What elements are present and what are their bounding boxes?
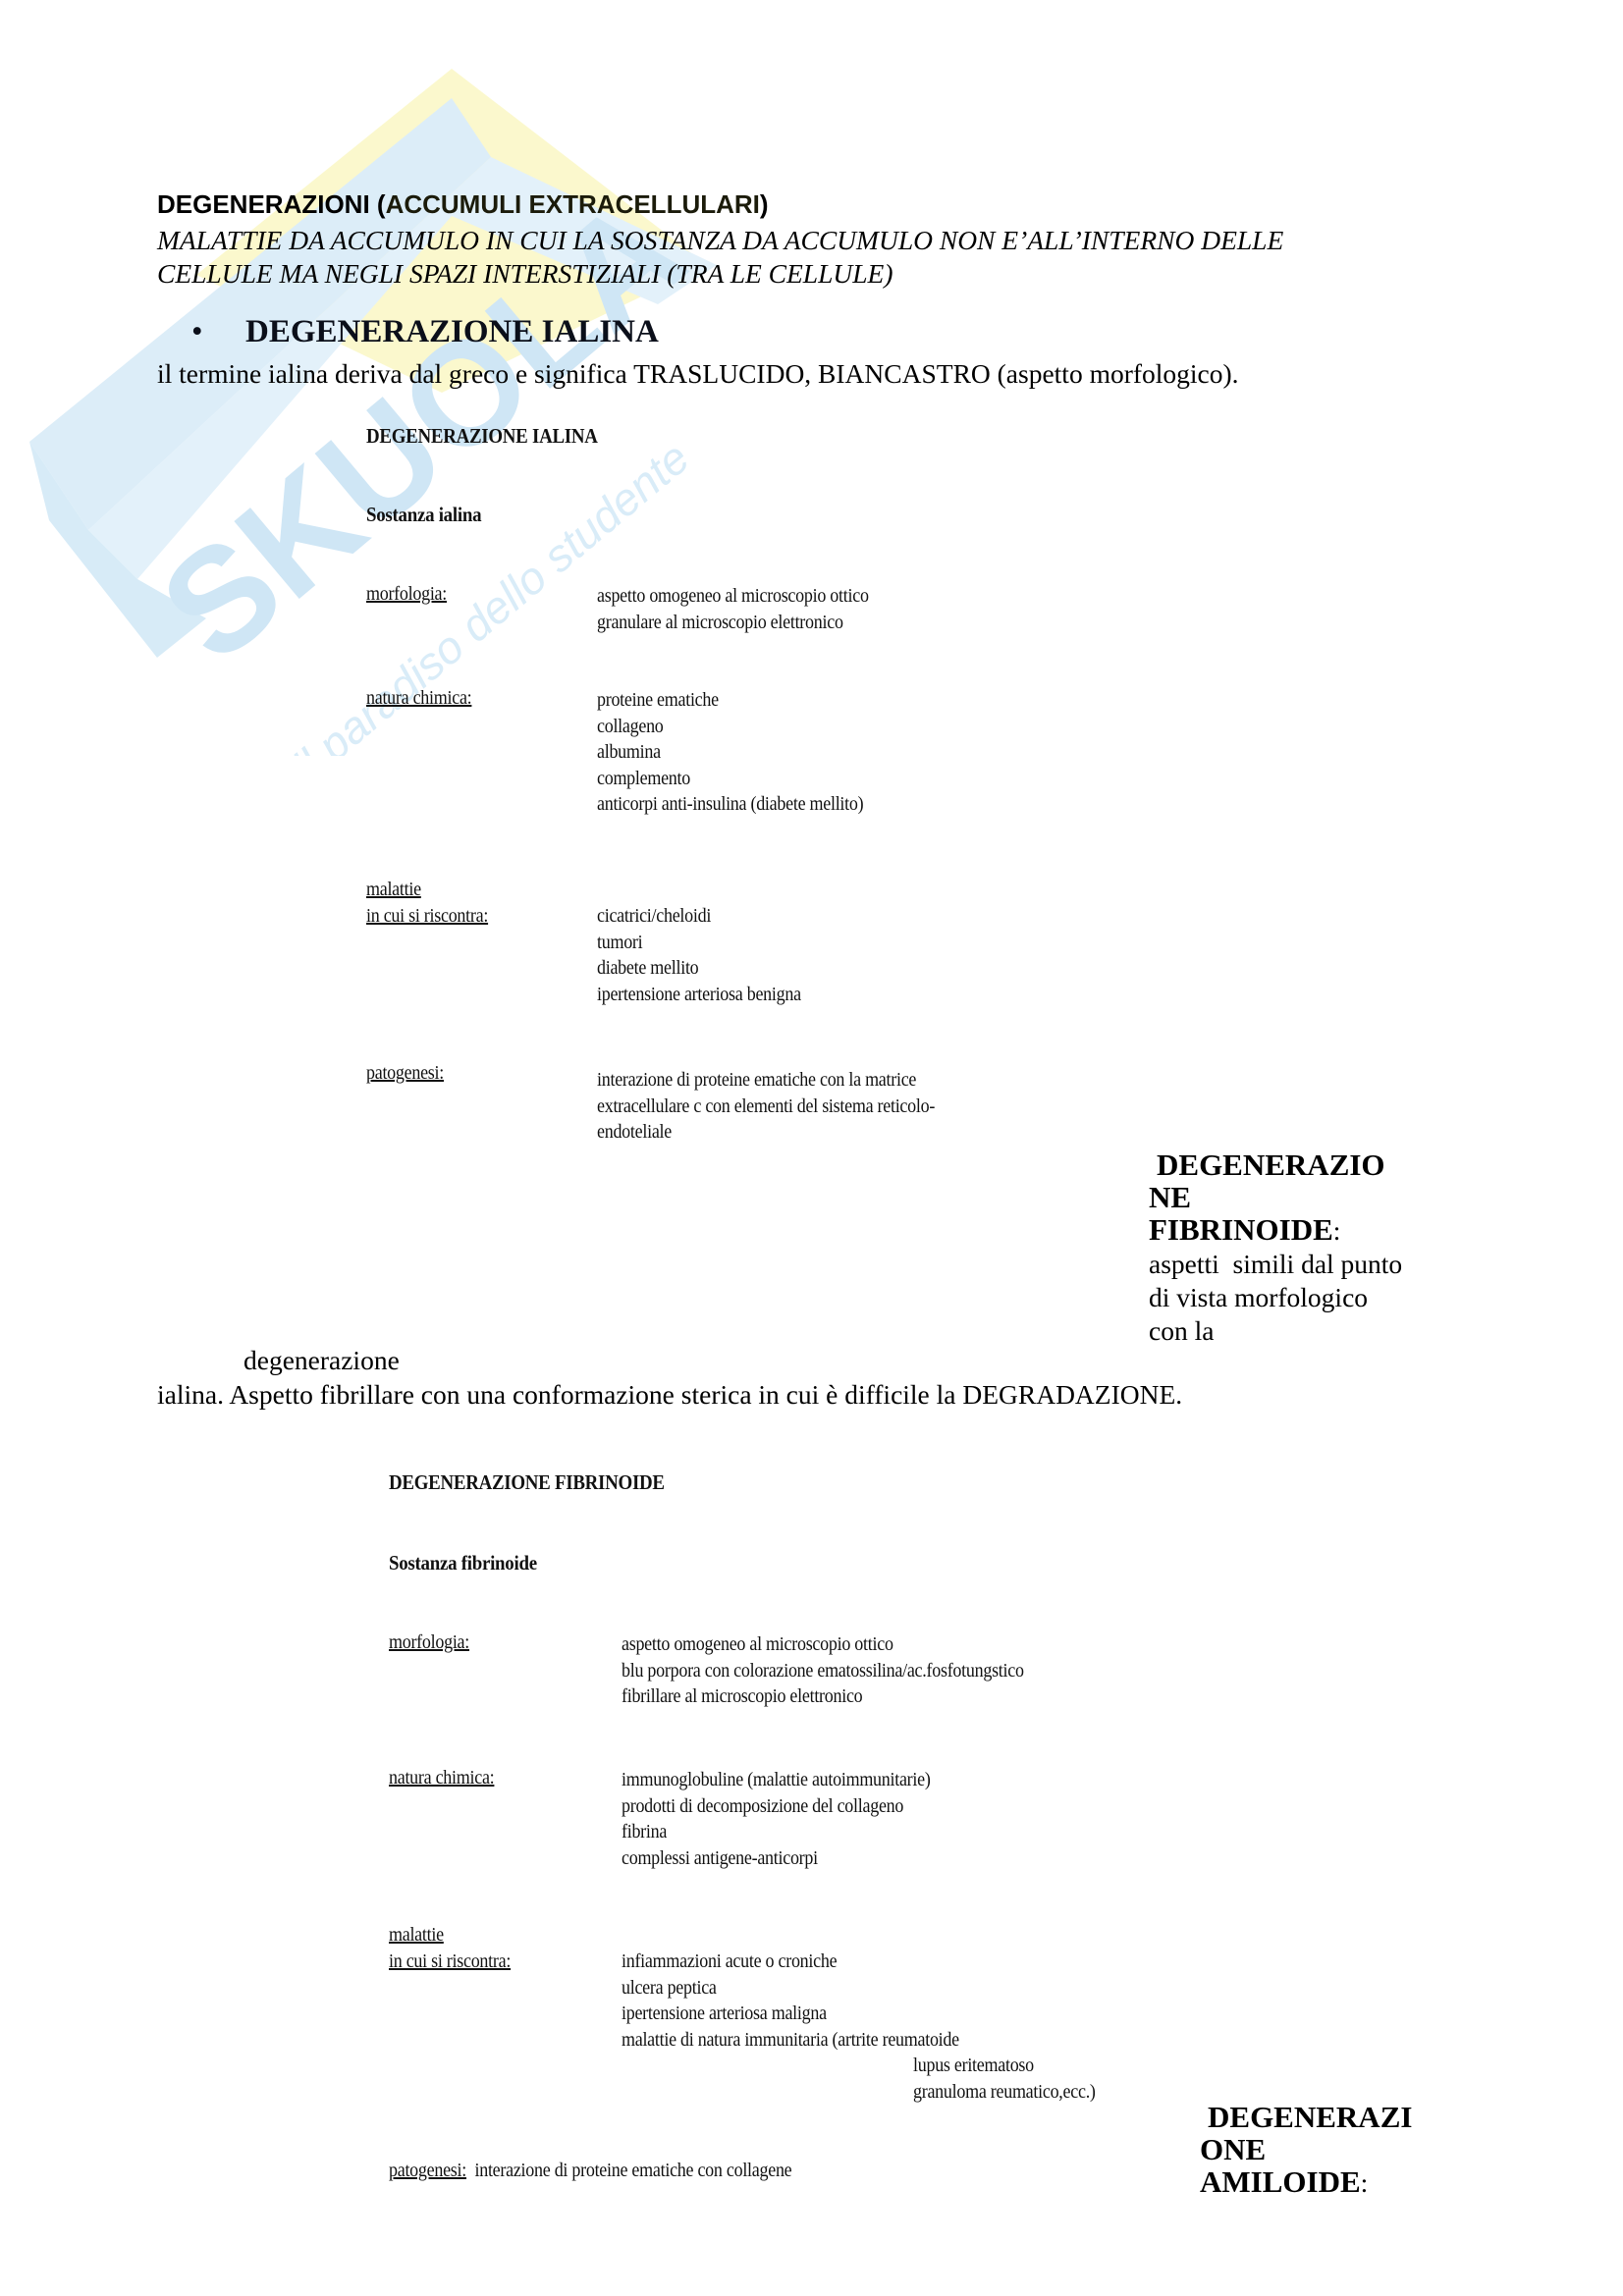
side-text-line: con la [1149, 1314, 1443, 1348]
table-heading: DEGENERAZIONE IALINA [366, 424, 598, 449]
row-value: albumina [597, 739, 863, 766]
fibrinoide-continuation-indent: degenerazione [243, 1345, 400, 1376]
heading-line: DEGENERAZI [1200, 2101, 1455, 2133]
document-page: SKUOLA il paradiso dello studente DEGENE… [0, 0, 1623, 2296]
heading-line: AMILOIDE [1200, 2164, 1361, 2199]
row-value: aspetto omogeneo al microscopio ottico [597, 583, 869, 610]
scanned-table-ialina: DEGENERAZIONE IALINA [366, 424, 598, 449]
row-value: fibrina [622, 1819, 931, 1845]
row-label-patogenesi: patogenesi: [366, 1062, 444, 1084]
row-label-morfologia: morfologia: [366, 583, 447, 605]
table-row-values: immunoglobuline (malattie autoimmunitari… [622, 1767, 931, 1871]
row-value: granulare al microscopio elettronico [597, 610, 869, 636]
table-row-label: morfologia: [366, 583, 447, 606]
row-value: blu porpora con colorazione ematossilina… [622, 1658, 1024, 1684]
table-row-subvalues: lupus eritematoso granuloma reumatico,ec… [913, 2053, 1096, 2105]
title-close-paren: ) [760, 189, 769, 219]
row-value: prodotti di decomposizione del collageno [622, 1793, 931, 1820]
row-subvalue: lupus eritematoso [913, 2053, 1096, 2079]
heading-line: ONE [1200, 2133, 1455, 2165]
bullet-icon: • [191, 314, 245, 350]
row-label-riscontra: in cui si riscontra: [366, 903, 488, 930]
table-row-values: interazione di proteine ematiche con la … [597, 1067, 935, 1146]
table-row-label: natura chimica: [366, 687, 471, 710]
table-subheading: Sostanza ialina [366, 503, 481, 527]
table-row-patogenesi: patogenesi: interazione di proteine emat… [389, 2160, 791, 2182]
row-label-natura-chimica: natura chimica: [389, 1767, 494, 1789]
table-row-label: patogenesi: [366, 1062, 444, 1085]
table-row-label: morfologia: [389, 1631, 469, 1654]
row-value: diabete mellito [597, 955, 801, 982]
row-value: proteine ematiche [597, 687, 863, 714]
title-text: DEGENERAZIONI ( [157, 189, 386, 219]
row-label-morfologia: morfologia: [389, 1631, 469, 1653]
side-text-line: aspetti simili dal punto [1149, 1248, 1443, 1281]
row-label-patogenesi: patogenesi: [389, 2160, 466, 2181]
table-subheading: Sostanza fibrinoide [389, 1551, 537, 1575]
row-subvalue: granuloma reumatico,ecc.) [913, 2079, 1096, 2106]
row-value: endoteliale [597, 1119, 935, 1146]
side-text-line: di vista morfologico [1149, 1281, 1443, 1314]
subtitle-line: MALATTIE DA ACCUMULO IN CUI LA SOSTANZA … [157, 224, 1483, 257]
ialina-intro-text: il termine ialina deriva dal greco e sig… [157, 358, 1239, 390]
section-heading-amiloide: DEGENERAZI ONE AMILOIDE: [1200, 2101, 1455, 2200]
skuola-watermark-logo: SKUOLA il paradiso dello studente [29, 69, 717, 756]
row-value: extracellulare c con elementi del sistem… [597, 1094, 935, 1120]
row-value: ulcera peptica [622, 1975, 959, 2002]
row-value: interazione di proteine ematiche con la … [597, 1067, 935, 1094]
heading-line: FIBRINOIDE [1149, 1212, 1333, 1247]
table-row-label: natura chimica: [389, 1767, 494, 1789]
row-value: infiammazioni acute o croniche [622, 1949, 959, 1975]
table-heading: DEGENERAZIONE FIBRINOIDE [389, 1470, 665, 1495]
heading-colon: : [1361, 2167, 1369, 2198]
table-row-label: malattie in cui si riscontra: [366, 877, 488, 929]
row-label-riscontra: in cui si riscontra: [389, 1949, 511, 1975]
row-label-malattie: malattie [366, 877, 488, 903]
row-value: complemento [597, 766, 863, 792]
table-row-label: malattie in cui si riscontra: [389, 1922, 511, 1974]
document-title: DEGENERAZIONI (ACCUMULI EXTRACELLULARI) [157, 189, 769, 220]
row-value: ipertensione arteriosa maligna [622, 2001, 959, 2027]
row-value: complessi antigene-anticorpi [622, 1845, 931, 1872]
table-row-values: cicatrici/cheloidi tumori diabete mellit… [597, 903, 801, 1007]
subtitle-line: CELLULE MA NEGLI SPAZI INTERSTIZIALI (TR… [157, 257, 1483, 291]
row-value: tumori [597, 930, 801, 956]
row-value: cicatrici/cheloidi [597, 903, 801, 930]
table-row-values: proteine ematiche collageno albumina com… [597, 687, 863, 818]
row-value: immunoglobuline (malattie autoimmunitari… [622, 1767, 931, 1793]
section-heading-fibrinoide: DEGENERAZIO NE FIBRINOIDE: aspetti simil… [1149, 1148, 1443, 1348]
heading-colon: : [1333, 1215, 1341, 1246]
table-row-values: aspetto omogeneo al microscopio ottico g… [597, 583, 869, 635]
document-subtitle: MALATTIE DA ACCUMULO IN CUI LA SOSTANZA … [157, 224, 1483, 291]
row-label-natura-chimica: natura chimica: [366, 687, 471, 709]
row-value: interazione di proteine ematiche con col… [474, 2160, 791, 2181]
row-value: anticorpi anti-insulina (diabete mellito… [597, 791, 863, 818]
heading-text: DEGENERAZIONE IALINA [245, 314, 659, 349]
row-label-malattie: malattie [389, 1922, 511, 1949]
heading-line: DEGENERAZIO [1149, 1148, 1443, 1181]
section-heading-ialina: •DEGENERAZIONE IALINA [191, 314, 659, 350]
row-value: malattie di natura immunitaria (artrite … [622, 2027, 959, 2054]
fibrinoide-continuation-text: ialina. Aspetto fibrillare con una confo… [157, 1379, 1182, 1411]
row-value: aspetto omogeneo al microscopio ottico [622, 1631, 1024, 1658]
row-value: ipertensione arteriosa benigna [597, 982, 801, 1008]
table-row-values: aspetto omogeneo al microscopio ottico b… [622, 1631, 1024, 1710]
heading-line: NE [1149, 1181, 1443, 1213]
row-value: fibrillare al microscopio elettronico [622, 1683, 1024, 1710]
row-value: collageno [597, 714, 863, 740]
table-row-values: infiammazioni acute o croniche ulcera pe… [622, 1949, 959, 2053]
title-parenthetical: ACCUMULI EXTRACELLULARI [386, 189, 760, 219]
